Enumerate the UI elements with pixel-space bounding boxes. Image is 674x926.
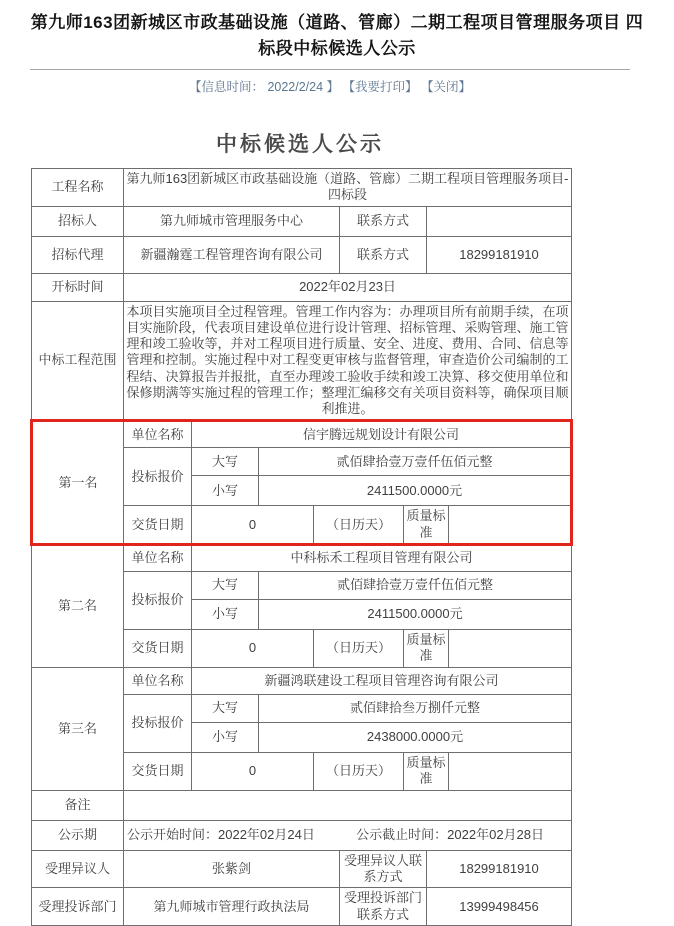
delivery-date-value: 0 [192, 506, 314, 545]
tenderer-contact-value [427, 206, 572, 236]
agency-contact-value: 18299181910 [427, 236, 572, 273]
scope-value: 本项目实施项目全过程管理。管理工作内容为：办理项目所有前期手续，在项目实施阶段，… [124, 301, 572, 421]
company-name-label: 单位名称 [124, 544, 192, 571]
company-name-label: 单位名称 [124, 667, 192, 694]
complaint-dept-label: 受理投诉部门 [32, 888, 124, 926]
scope-label: 中标工程范围 [32, 301, 124, 421]
price-xiaoxie-label: 小写 [192, 722, 259, 752]
price-daxie-value: 贰佰肆拾壹万壹仟伍佰元整 [259, 448, 572, 476]
quality-standard-label: 质量标准 [404, 629, 449, 667]
price-xiaoxie-label: 小写 [192, 599, 259, 629]
bid-opening-label: 开标时间 [32, 273, 124, 301]
price-daxie-value: 贰佰肆拾壹万壹仟伍佰元整 [259, 571, 572, 599]
bid-price-label: 投标报价 [124, 571, 192, 629]
bid-opening-value: 2022年02月23日 [124, 273, 572, 301]
company-name-value: 新疆鸿联建设工程项目管理咨询有限公司 [192, 667, 572, 694]
candidate-rank: 第二名 [32, 544, 124, 667]
quality-standard-label: 质量标准 [404, 506, 449, 545]
complaint-dept-value: 第九师城市管理行政执法局 [124, 888, 340, 926]
remark-label: 备注 [32, 790, 124, 820]
delivery-unit-label: （日历天） [314, 506, 404, 545]
quality-standard-value [449, 506, 572, 545]
delivery-date-value: 0 [192, 629, 314, 667]
price-xiaoxie-value: 2438000.0000元 [259, 722, 572, 752]
page-title: 第九师163团新城区市政基础设施（道路、管廊）二期工程项目管理服务项目 四标段中… [26, 10, 648, 63]
objection-handler-label: 受理异议人 [32, 850, 124, 888]
bid-announcement-table: 工程名称 第九师163团新城区市政基础设施（道路、管廊）二期工程项目管理服务项目… [30, 168, 573, 926]
objection-contact-value: 18299181910 [427, 850, 572, 888]
delivery-unit-label: （日历天） [314, 629, 404, 667]
price-daxie-label: 大写 [192, 571, 259, 599]
project-name-value: 第九师163团新城区市政基础设施（道路、管廊）二期工程项目管理服务项目- 四标段 [124, 168, 572, 206]
objection-handler-value: 张紫剑 [124, 850, 340, 888]
candidate-rank: 第一名 [32, 421, 124, 545]
delivery-date-value: 0 [192, 752, 314, 790]
company-name-label: 单位名称 [124, 421, 192, 448]
close-link[interactable]: 【关闭】 [421, 80, 471, 94]
price-xiaoxie-value: 2411500.0000元 [259, 476, 572, 506]
price-daxie-label: 大写 [192, 448, 259, 476]
complaint-contact-label: 受理投诉部门联系方式 [340, 888, 427, 926]
print-link[interactable]: 【我要打印】 [343, 80, 418, 94]
meta-bar: 【信息时间： 2022/2/24 】 【我要打印】 【关闭】 [30, 69, 630, 95]
delivery-date-label: 交货日期 [124, 629, 192, 667]
agency-value: 新疆瀚霆工程管理咨询有限公司 [124, 236, 340, 273]
tenderer-contact-label: 联系方式 [340, 206, 427, 236]
quality-standard-value [449, 629, 572, 667]
bid-price-label: 投标报价 [124, 694, 192, 752]
price-xiaoxie-value: 2411500.0000元 [259, 599, 572, 629]
project-name-label: 工程名称 [32, 168, 124, 206]
price-daxie-value: 贰佰肆拾叁万捌仟元整 [259, 694, 572, 722]
delivery-date-label: 交货日期 [124, 752, 192, 790]
delivery-unit-label: （日历天） [314, 752, 404, 790]
publicity-end: 公示截止时间：2022年02月28日 [356, 827, 544, 843]
objection-contact-label: 受理异议人联系方式 [340, 850, 427, 888]
quality-standard-label: 质量标准 [404, 752, 449, 790]
price-daxie-label: 大写 [192, 694, 259, 722]
remark-value [124, 790, 572, 820]
publicity-start: 公示开始时间：2022年02月24日 [127, 827, 315, 843]
bid-price-label: 投标报价 [124, 448, 192, 506]
price-xiaoxie-label: 小写 [192, 476, 259, 506]
publicity-period-label: 公示期 [32, 820, 124, 850]
quality-standard-value [449, 752, 572, 790]
complaint-contact-value: 13999498456 [427, 888, 572, 926]
tenderer-label: 招标人 [32, 206, 124, 236]
delivery-date-label: 交货日期 [124, 506, 192, 545]
agency-contact-label: 联系方式 [340, 236, 427, 273]
agency-label: 招标代理 [32, 236, 124, 273]
info-time: 【信息时间： 2022/2/24 】 [189, 80, 339, 94]
tenderer-value: 第九师城市管理服务中心 [124, 206, 340, 236]
candidate-rank: 第三名 [32, 667, 124, 790]
company-name-value: 中科标禾工程项目管理有限公司 [192, 544, 572, 571]
announcement-heading: 中标候选人公示 [30, 128, 570, 158]
company-name-value: 信宇腾远规划设计有限公司 [192, 421, 572, 448]
publicity-period-value: 公示开始时间：2022年02月24日 公示截止时间：2022年02月28日 [124, 820, 572, 850]
